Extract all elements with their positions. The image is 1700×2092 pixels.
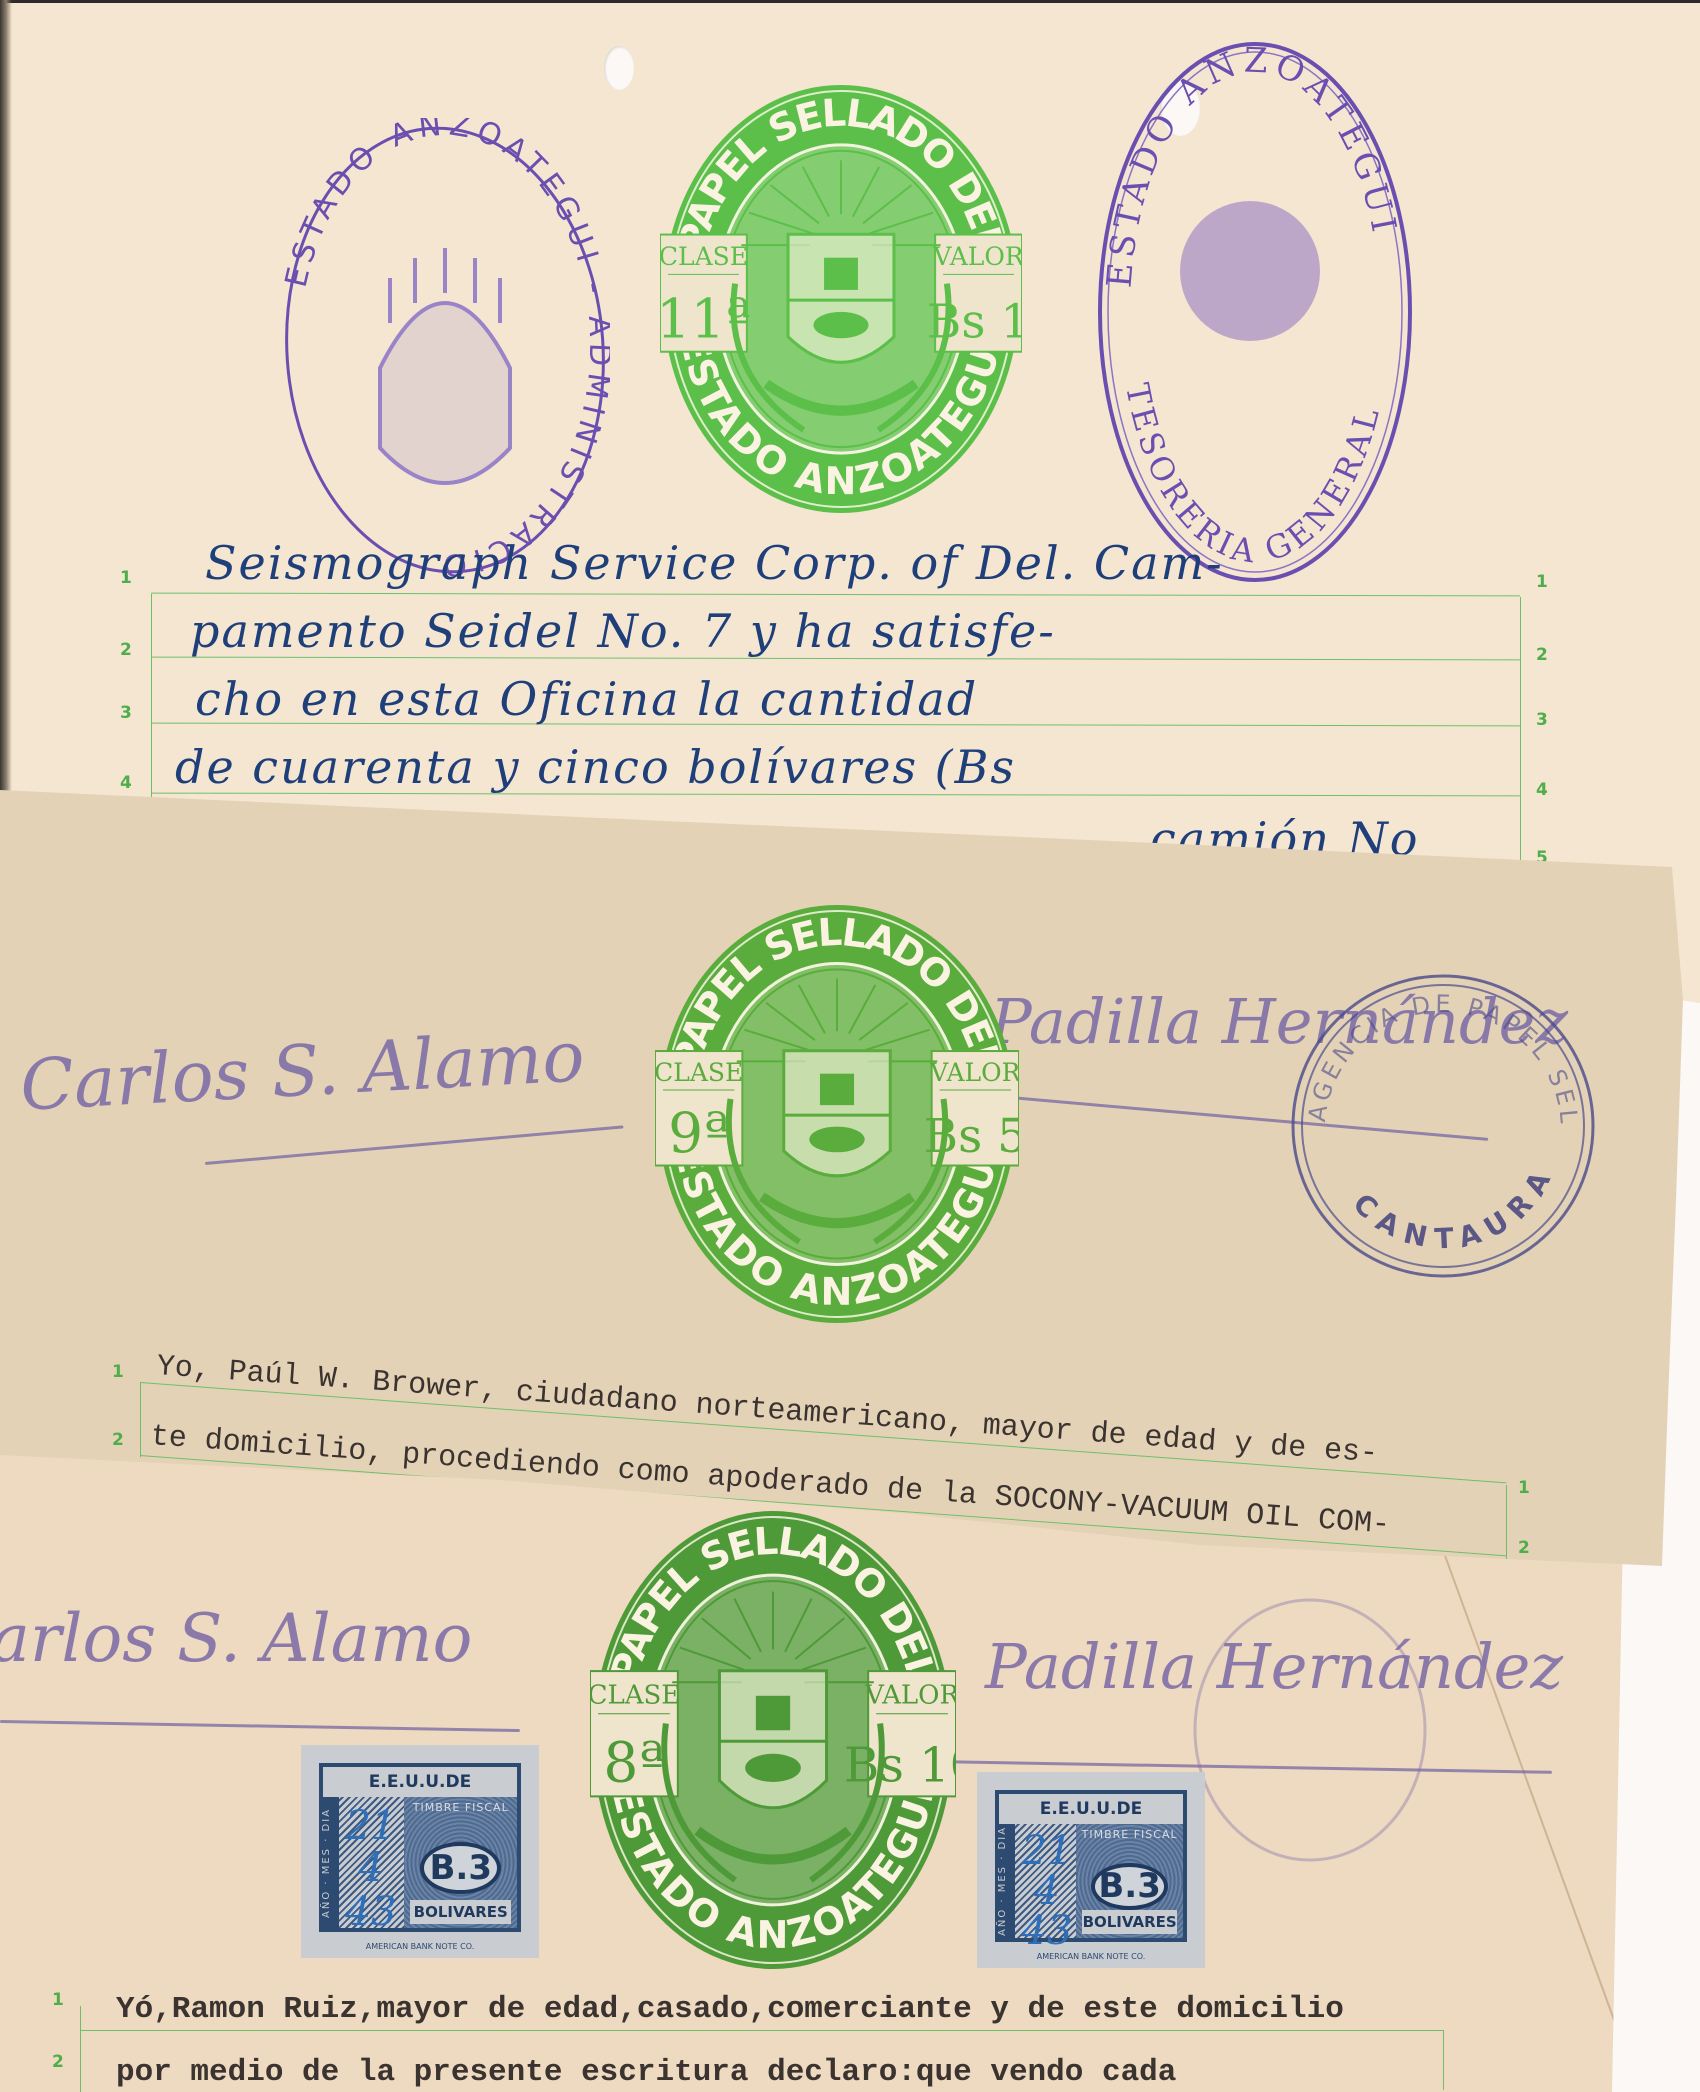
stamp-date-month: 4 [341, 1845, 401, 1891]
signature-flourish [205, 1125, 624, 1165]
margin-rule-left [140, 1382, 141, 1457]
stamp-printer: AMERICAN BANK NOTE CO. [305, 1942, 535, 1951]
svg-text:VALOR: VALOR [929, 1058, 1019, 1087]
stamp-subtitle: TIMBRE FISCAL [404, 1801, 517, 1814]
signature-flourish [0, 1720, 520, 1732]
tesoreria-general-stamp: ESTADO ANZOATEGUI TESORERIA GENERAL [1090, 36, 1420, 588]
line-number: 3 [120, 703, 132, 723]
stamp-date-day: 21 [341, 1803, 401, 1849]
stamp-date-year: 43 [341, 1889, 401, 1935]
typed-line-2: por medio de la presente escritura decla… [116, 2055, 1176, 2090]
stamp-title: E.E.U.U.DE VENEZUELA [999, 1794, 1183, 1827]
stamp-date-labels: AÑO · MES · DIA [997, 1824, 1015, 1938]
stamp-date-labels: AÑO · MES · DIA [321, 1797, 339, 1928]
faint-round-stamp [1180, 1580, 1440, 1880]
svg-text:Bs 10: Bs 10 [844, 1737, 956, 1793]
line-number: 2 [52, 2052, 64, 2072]
stamp-currency: BOLIVARES [410, 1900, 511, 1924]
svg-text:Bs 1: Bs 1 [927, 295, 1022, 350]
handwritten-line-4: de cuarenta y cinco bolívares (Bs [175, 740, 1016, 794]
stamp-title: E.E.U.U.DE VENEZUELA [323, 1767, 517, 1800]
svg-text:Bs 5: Bs 5 [924, 1109, 1019, 1164]
stamp-value: B.3 [420, 1842, 501, 1895]
svg-text:CLASE: CLASE [590, 1681, 680, 1711]
handwritten-line-3: cho en esta Oficina la cantidad [195, 672, 978, 726]
svg-text:CLASE: CLASE [655, 1058, 743, 1087]
admin-renta-papel-sellado-stamp: ESTADO ANZOATEGUI - ADMINISTRACION RENTA… [280, 118, 610, 582]
stamp-subtitle: TIMBRE FISCAL [1076, 1828, 1183, 1841]
svg-text:VALOR: VALOR [864, 1681, 956, 1711]
line-number: 1 [1536, 572, 1548, 592]
margin-rule [1443, 2030, 1444, 2090]
line-number: 3 [1536, 710, 1548, 730]
stamp-printer: AMERICAN BANK NOTE CO. [981, 1952, 1201, 1961]
ruled-line [80, 2030, 1443, 2031]
line-number: 1 [1518, 1478, 1530, 1498]
handwritten-line-1: Seismograph Service Corp. of Del. Cam- [205, 536, 1224, 590]
punch-hole-left [604, 46, 634, 90]
svg-text:9ª: 9ª [668, 1101, 729, 1165]
paper-fold-line [1443, 1552, 1616, 2023]
line-number: 4 [120, 773, 132, 793]
svg-text:CANTAURA: CANTAURA [1347, 1158, 1562, 1256]
fiscal-stamp-left: E.E.U.U.DE VENEZUELA 21 4 43 AÑO · MES ·… [301, 1745, 539, 1958]
line-number: 2 [1518, 1538, 1530, 1558]
handwritten-line-2: pamento Seidel No. 7 y ha satisfe- [190, 604, 1056, 658]
line-number: 1 [120, 568, 132, 588]
agencia-papel-sellado-round-stamp: AGENCIA DE PAPEL SELLADO CANTAURA [1280, 965, 1600, 1287]
papel-sellado-seal-9a: PAPEL SELLADO DELESTADO ANZOATEGUICLASEV… [655, 902, 1019, 1326]
line-number: 1 [52, 1990, 64, 2010]
line-number: 2 [1536, 645, 1548, 665]
line-number: 2 [112, 1430, 124, 1450]
stamp-currency: BOLIVARES [1082, 1910, 1177, 1934]
typed-line-1: Yó,Ramon Ruiz,mayor de edad,casado,comer… [116, 1992, 1344, 2027]
signature-alamo: Carlos S. Alamo [0, 1600, 472, 1677]
line-number: 2 [120, 640, 132, 660]
scan-top-edge [0, 0, 1700, 3]
stamp-value: B.3 [1091, 1863, 1168, 1910]
line-number: 4 [1536, 780, 1548, 800]
svg-text:VALOR: VALOR [932, 242, 1022, 271]
ruled-line [151, 593, 1520, 597]
signature-alamo: Carlos S. Alamo [18, 1015, 586, 1126]
margin-rule [80, 2006, 81, 2092]
papel-sellado-seal-11a: PAPEL SELLADO DELESTADO ANZOATEGUICLASEV… [660, 82, 1022, 516]
papel-sellado-seal-8a: PAPEL SELLADO DELESTADO ANZOATEGUICLASEV… [590, 1508, 956, 1972]
stamp-date-year: 43 [1017, 1908, 1077, 1954]
svg-text:CLASE: CLASE [660, 242, 748, 271]
svg-text:8ª: 8ª [603, 1730, 664, 1794]
fiscal-stamp-right: E.E.U.U.DE VENEZUELA 21 4 43 AÑO · MES ·… [977, 1772, 1205, 1968]
line-number: 1 [112, 1362, 124, 1382]
